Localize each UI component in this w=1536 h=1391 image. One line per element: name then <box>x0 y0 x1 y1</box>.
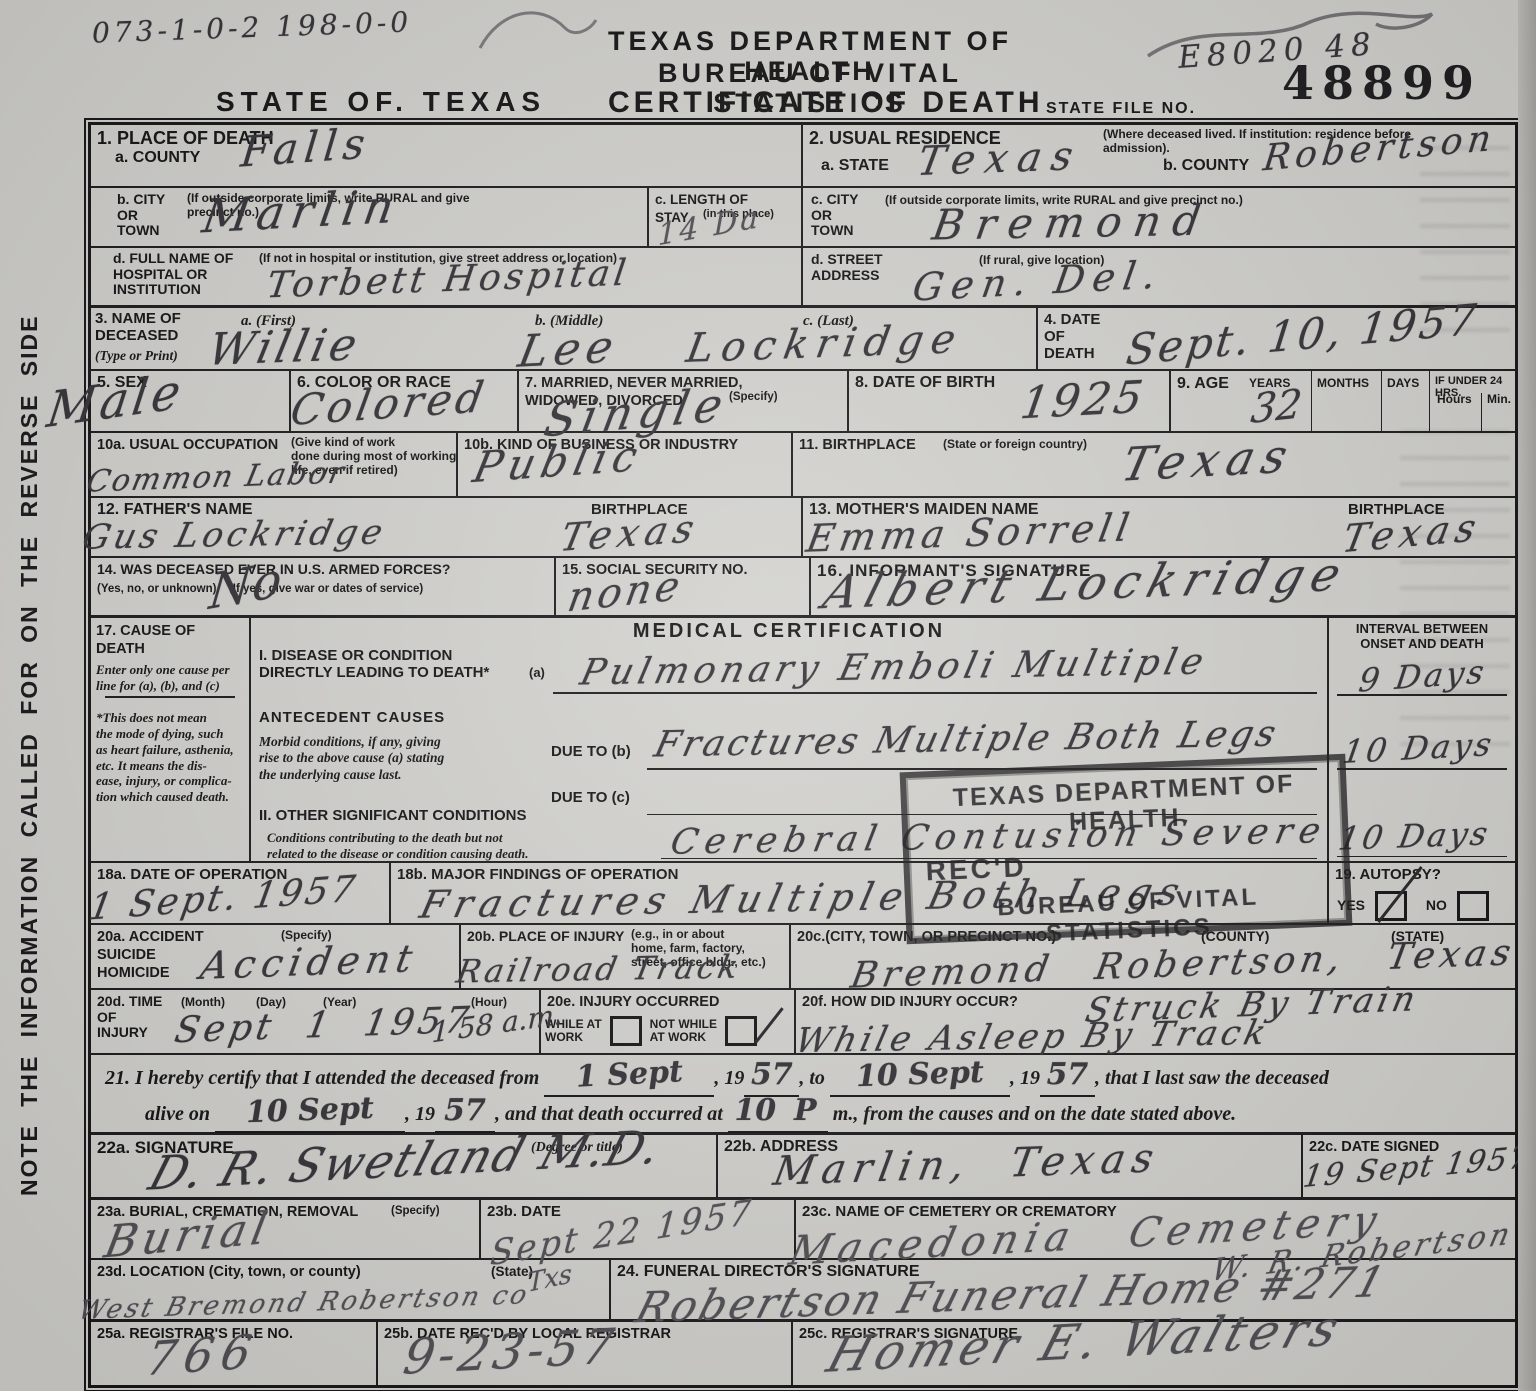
residence-city-value: Bremond <box>930 200 1215 247</box>
morbid-note: Morbid conditions, if any, giving rise t… <box>259 734 444 783</box>
cert-year2-value: 57 <box>1047 1063 1089 1087</box>
age-divider <box>1311 371 1312 431</box>
line-a-label: (a) <box>529 666 545 681</box>
residence-county-label: b. COUNTY <box>1163 157 1249 175</box>
sex-value: Male <box>44 367 187 436</box>
industry-value: Public <box>470 435 647 489</box>
burial-location-label: 23d. LOCATION (City, town, or county) <box>97 1264 361 1280</box>
handwritten-scribble-top-left <box>470 0 600 50</box>
cause-b-value: Fractures Multiple Both Legs <box>651 716 1282 763</box>
field-street-address: d. STREET ADDRESS (If rural, give locati… <box>803 248 1515 305</box>
date-of-death-label: 4. DATE OF DEATH <box>1044 312 1100 362</box>
armed-forces-value: No <box>207 555 286 618</box>
field-color-or-race: 6. COLOR OR RACE Colored <box>291 371 519 431</box>
cert-blank-year1: 57 <box>744 1061 799 1097</box>
field-cause-of-death-sidebar: 17. CAUSE OF DEATH Enter only one cause … <box>91 618 251 861</box>
cert-ampm-value: P <box>794 1099 817 1123</box>
age-label: 9. AGE <box>1177 375 1229 393</box>
scan-edge <box>1518 0 1536 1391</box>
field-informant: 16. INFORMANT'S SIGNATURE Albert Lockrid… <box>811 558 1515 615</box>
birthplace-label: 11. BIRTHPLACE <box>799 437 916 453</box>
field-accident-type: 20a. ACCIDENT SUICIDE HOMICIDE (Specify)… <box>91 925 461 988</box>
cert-hour-value: 10 <box>734 1099 776 1123</box>
mother-value: Emma Sorrell <box>804 508 1137 558</box>
residence-city-label: c. CITY OR TOWN <box>811 192 858 239</box>
field-place-of-injury: 20b. PLACE OF INJURY (e.g., in or about … <box>461 925 791 988</box>
state-of-texas: STATE OF. TEXAS <box>216 86 546 117</box>
race-value: Colored <box>287 376 490 432</box>
time-of-injury-value: Sept 1 1957 <box>172 1003 475 1050</box>
stamp-line-1: TEXAS DEPARTMENT OF HEALTH <box>906 768 1342 844</box>
field-how-injury-occurred: 20f. HOW DID INJURY OCCUR? Struck By Tra… <box>796 990 1515 1053</box>
field-burial-date: 23b. DATE Sept 22 1957 <box>481 1200 796 1258</box>
while-at-work-checkbox <box>610 1016 642 1046</box>
cert-text-to: , to <box>799 1067 825 1089</box>
autopsy-no-label: NO <box>1426 897 1447 913</box>
due-to-c-label: DUE TO (c) <box>551 790 630 807</box>
county-value: Falls <box>239 122 373 173</box>
state-file-no-label: STATE FILE NO. <box>1046 100 1196 118</box>
age-days-label: DAYS <box>1387 377 1419 390</box>
burial-location-state-value: Txs <box>527 1261 571 1297</box>
cert-blank-year3: 57 <box>435 1097 495 1133</box>
cert-text-1: 21. I hereby certify that I attended the… <box>105 1067 539 1089</box>
field-name-of-deceased: 3. NAME OF DECEASED (Type or Print) a. (… <box>91 308 1038 369</box>
entry-line-a <box>553 692 1317 694</box>
cert-year3-value: 57 <box>444 1099 486 1123</box>
cert-blank-to: 10 Sept <box>830 1061 1010 1097</box>
interval-ii-value: 10 Days <box>1336 817 1493 854</box>
age-value: 32 <box>1249 384 1304 430</box>
antecedent-causes-label: ANTECEDENT CAUSES <box>259 710 445 727</box>
field-age: 9. AGE YEARS MONTHS DAYS IF UNDER 24 HRS… <box>1171 371 1515 431</box>
dob-label: 8. DATE OF BIRTH <box>855 374 995 391</box>
date-recd-value: 9-23-57 <box>400 1322 621 1382</box>
field-burial: 23a. BURIAL, CREMATION, REMOVAL (Specify… <box>91 1200 481 1258</box>
armed-forces-paren1: (Yes, no, or unknown) <box>97 583 216 595</box>
type-or-print-note: (Type or Print) <box>95 348 178 364</box>
age-divider <box>1481 393 1482 431</box>
certificate-title: CERTIFICATE OF DEATH <box>608 86 1044 120</box>
place-of-injury-label: 20b. PLACE OF INJURY <box>467 928 624 944</box>
middle-name-value: Lee <box>515 325 623 375</box>
not-while-at-work-label: NOT WHILE AT WORK <box>650 1018 717 1045</box>
marital-paren: (Specify) <box>729 391 778 404</box>
divider-line <box>105 696 235 698</box>
death-certificate-scan: 073-1-0-2 198-0-0 TEXAS DEPARTMENT OF HE… <box>0 0 1536 1391</box>
cert-to-value: 10 Sept <box>856 1061 985 1089</box>
how-injury-value-2: While Asleep By Track <box>792 1016 1273 1058</box>
field-time-of-injury: 20d. TIME OF INJURY (Month) (Day) (Year)… <box>91 990 541 1053</box>
field-registrar-file-no: 25a. REGISTRAR'S FILE NO. 766 <box>91 1322 378 1385</box>
street-address-label: d. STREET ADDRESS <box>811 252 883 283</box>
field-father: 12. FATHER'S NAME BIRTHPLACE Gus Lockrid… <box>91 498 803 556</box>
last-name-value: Lockridge <box>684 319 967 369</box>
field-date-of-death: 4. DATE OF DEATH Sept. 10, 1957 <box>1038 308 1515 369</box>
burial-location-value: West Bremond Robertson co <box>76 1282 533 1324</box>
cause-note-2: *This does not mean the mode of dying, s… <box>96 710 234 805</box>
interval-a-value: 9 Days <box>1357 655 1489 696</box>
reverse-side-note: NOTE THE INFORMATION CALLED FOR ON THE R… <box>16 315 43 1197</box>
field-birthplace: 11. BIRTHPLACE (State or foreign country… <box>793 433 1515 496</box>
father-value: Gus Lockridge <box>79 515 390 554</box>
age-divider <box>1381 371 1382 431</box>
state-label: a. STATE <box>821 157 889 175</box>
cert-blank-ampm: P <box>783 1097 828 1133</box>
field-date-recd: 25b. DATE REC'D BY LOCAL REGISTRAR 9-23-… <box>378 1322 793 1385</box>
field-city-or-town: b. CITY OR TOWN (If outside corporate li… <box>91 188 649 246</box>
dob-value: 1925 <box>1018 376 1149 427</box>
city-label: b. CITY OR TOWN <box>117 192 165 239</box>
field-autopsy: 19. AUTOPSY? YES NO <box>1329 863 1515 923</box>
burial-value: Burial <box>101 1206 275 1265</box>
hospital-label: d. FULL NAME OF HOSPITAL OR INSTITUTION <box>113 251 233 298</box>
field-residence-city: c. CITY OR TOWN (If outside corporate li… <box>803 188 1515 246</box>
accident-label: 20a. ACCIDENT SUICIDE HOMICIDE <box>97 929 204 981</box>
cause-note-1: Enter only one cause per line for (a), (… <box>96 662 244 694</box>
cert-blank-year2: 57 <box>1040 1061 1095 1097</box>
cert-year1-value: 57 <box>751 1063 793 1087</box>
accident-value: Accident <box>198 939 421 985</box>
how-injury-label: 20f. HOW DID INJURY OCCUR? <box>802 994 1018 1010</box>
field-interval-column: INTERVAL BETWEEN ONSET AND DEATH 9 Days … <box>1329 618 1515 861</box>
cert-from-value: 1 Sept <box>575 1060 683 1090</box>
field-armed-forces: 14. WAS DECEASED EVER IN U.S. ARMED FORC… <box>91 558 556 615</box>
field-physician-address: 22b. ADDRESS Marlin, Texas <box>718 1135 1303 1197</box>
age-months-label: MONTHS <box>1317 377 1369 390</box>
injury-occurred-label: 20e. INJURY OCCURRED <box>547 994 719 1010</box>
check-mark <box>754 1007 783 1044</box>
field-industry: 10b. KIND OF BUSINESS OR INDUSTRY Public <box>458 433 793 496</box>
burial-date-label: 23b. DATE <box>487 1203 561 1220</box>
field-physician-signature: 22a. SIGNATURE (Degree or title) D. R. S… <box>91 1135 718 1197</box>
street-address-value: Gen. Del. <box>910 255 1166 306</box>
cert-text-19a: , 19 <box>714 1067 744 1089</box>
physician-signature-value: D. R. Swetland M.D. <box>144 1123 668 1197</box>
hospital-value: Torbett Hospital <box>265 256 632 305</box>
time-of-injury-label: 20d. TIME OF INJURY <box>97 994 162 1041</box>
field-registrar-signature: 25c. REGISTRAR'S SIGNATURE Homer E. Walt… <box>793 1322 1515 1385</box>
occupation-label: 10a. USUAL OCCUPATION <box>97 437 278 453</box>
other-conditions-label: II. OTHER SIGNIFICANT CONDITIONS <box>259 808 527 825</box>
autopsy-label: 19. AUTOPSY? <box>1335 866 1441 883</box>
cert-text-19b: , 19 <box>1010 1067 1040 1089</box>
ssn-value: none <box>565 565 687 618</box>
city-value: Marlin <box>199 183 404 240</box>
birthplace-value: Texas <box>1118 432 1300 488</box>
received-stamp: TEXAS DEPARTMENT OF HEALTH REC'D BUREAU … <box>900 754 1353 945</box>
cert-alive-value: 10 Sept <box>246 1097 375 1125</box>
physician-address-value: Marlin, Texas <box>771 1138 1164 1192</box>
cert-blank-from: 1 Sept <box>544 1061 714 1097</box>
place-of-injury-value: Railroad Track <box>454 950 744 987</box>
field-date-of-operation: 18a. DATE OF OPERATION 1 Sept. 1957 <box>91 863 391 923</box>
field-occupation: 10a. USUAL OCCUPATION (Give kind of work… <box>91 433 458 496</box>
burial-paren: (Specify) <box>391 1205 440 1218</box>
cause-a-value: Pulmonary Emboli Multiple <box>577 644 1212 691</box>
field-hospital-name: d. FULL NAME OF HOSPITAL OR INSTITUTION … <box>91 248 803 305</box>
county-label: a. COUNTY <box>115 149 200 166</box>
field-mother: 13. MOTHER'S MAIDEN NAME BIRTHPLACE Emma… <box>803 498 1515 556</box>
interval-b-value: 10 Days <box>1341 728 1497 768</box>
occupation-value: Common Labor <box>84 458 349 497</box>
father-birthplace-value: Texas <box>557 509 703 557</box>
field-certification-statement: 21. I hereby certify that I attended the… <box>91 1055 1515 1132</box>
name-label: 3. NAME OF DECEASED <box>95 311 181 345</box>
field-sex: 5. SEX Male <box>91 371 291 431</box>
handwritten-code: 073-1-0-2 198-0-0 <box>92 8 413 47</box>
age-min-label: Min. <box>1487 393 1511 406</box>
interval-label: INTERVAL BETWEEN ONSET AND DEATH <box>1329 622 1515 651</box>
not-while-at-work-checkbox <box>725 1016 757 1046</box>
cert-text-aliveon: alive on <box>145 1103 210 1125</box>
cert-blank-alive: 10 Sept <box>215 1097 405 1133</box>
state-value: Texas <box>914 136 1085 182</box>
field-marital-status: 7. MARRIED, NEVER MARRIED, WIDOWED, DIVO… <box>519 371 849 431</box>
registrar-file-value: 766 <box>143 1328 263 1382</box>
cert-blank-hour: 10 <box>728 1097 783 1133</box>
field-burial-location: 23d. LOCATION (City, town, or county) (S… <box>91 1260 611 1319</box>
age-hours-label: Hours <box>1437 393 1472 406</box>
field-date-of-birth: 8. DATE OF BIRTH 1925 <box>849 371 1171 431</box>
first-name-value: Willie <box>204 323 364 373</box>
field-date-signed: 22c. DATE SIGNED 19 Sept 1957 <box>1303 1135 1515 1197</box>
mother-birthplace-value: Texas <box>1339 508 1485 559</box>
stamp-line-2: REC'D <box>909 838 1344 888</box>
autopsy-no-checkbox <box>1457 891 1489 921</box>
field-place-of-death: 1. PLACE OF DEATH a. COUNTY Falls <box>91 125 803 186</box>
age-divider <box>1429 371 1430 431</box>
field-ssn: 15. SOCIAL SECURITY NO. none <box>556 558 811 615</box>
other-conditions-note: Conditions contributing to the death but… <box>267 830 528 862</box>
date-of-death-value: Sept. 10, 1957 <box>1124 298 1481 371</box>
disease-condition-label: I. DISEASE OR CONDITION DIRECTLY LEADING… <box>259 648 489 682</box>
cert-text-lastsaw: , that I last saw the deceased <box>1095 1067 1329 1089</box>
cert-text-end: m., from the causes and on the date stat… <box>833 1103 1236 1125</box>
field-funeral-director: 24. FUNERAL DIRECTOR'S SIGNATURE W. R. R… <box>611 1260 1515 1319</box>
field-usual-residence: 2. USUAL RESIDENCE (Where deceased lived… <box>803 125 1515 186</box>
birthplace-paren: (State or foreign country) <box>943 438 1087 452</box>
due-to-b-label: DUE TO (b) <box>551 744 631 761</box>
field-injury-occurred: 20e. INJURY OCCURRED WHILE AT WORK NOT W… <box>541 990 796 1053</box>
medical-certification-title: MEDICAL CERTIFICATION <box>251 620 1327 642</box>
field-length-of-stay: c. LENGTH OF STAY (in this place) 14 Da <box>649 188 803 246</box>
cause-of-death-label: 17. CAUSE OF DEATH <box>96 623 195 657</box>
cert-text-19c: , 19 <box>405 1103 435 1125</box>
